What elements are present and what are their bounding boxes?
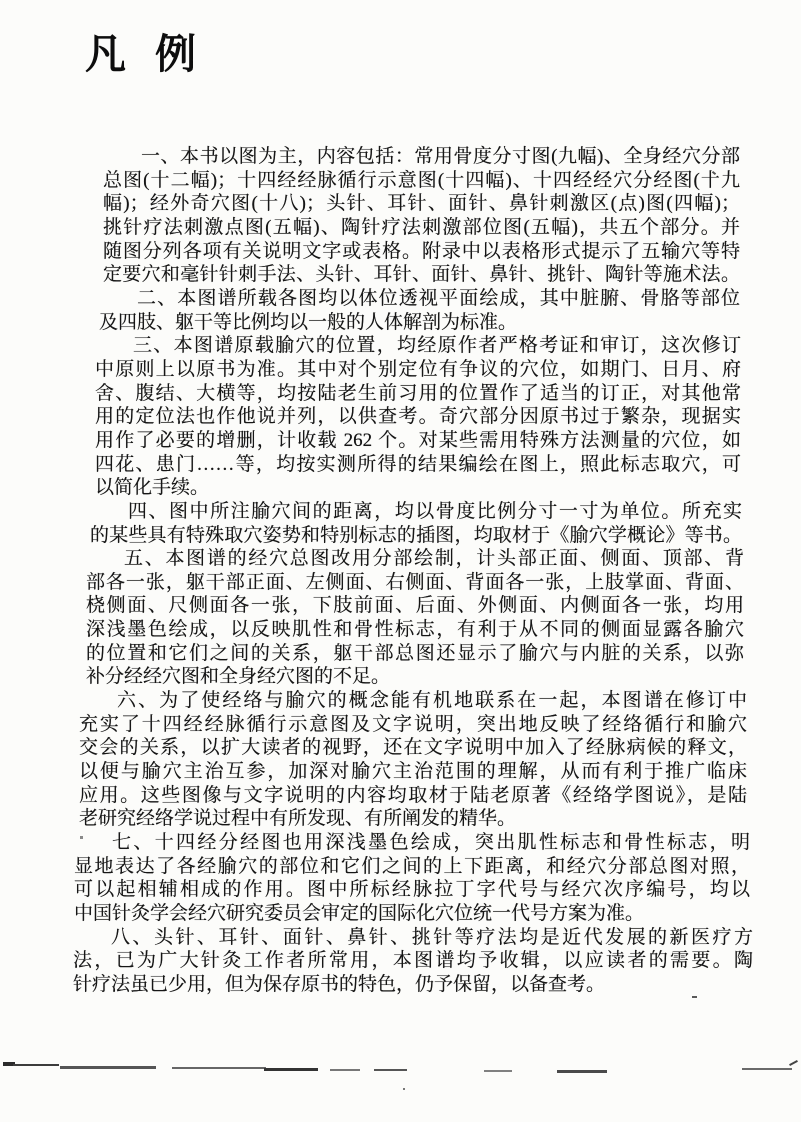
text-line: 中国针灸学会经穴研究委员会审定的国际化穴位统一代号方案为准。 bbox=[74, 902, 750, 926]
paragraph-1: 一、本书以图为主，内容包括：常用骨度分寸图(九幅)、全身经穴分部 总图(十二幅)… bbox=[103, 145, 740, 287]
scan-artifact bbox=[172, 1067, 266, 1069]
paragraph-3: 三、本图谱原载腧穴的位置，均经原作者严格考证和审订，这次修订 中原则上以原书为准… bbox=[95, 334, 741, 500]
text-line: 挑针疗法刺激点图(五幅)、陶针疗法刺激部位图(五幅)，共五个部分。并 bbox=[103, 216, 740, 240]
scan-artifact bbox=[484, 1070, 512, 1072]
scan-artifact bbox=[147, 888, 150, 891]
text-line: 定要穴和毫针针刺手法、头针、耳针、面针、鼻针、挑针、陶针等施术法。 bbox=[103, 263, 740, 287]
text-line: 老研究经络学说过程中有所发现、有所阐发的精华。 bbox=[79, 807, 747, 831]
paragraph-6: 六、为了使经络与腧穴的概念能有机地联系在一起，本图谱在修订中 充实了十四经经脉循… bbox=[79, 689, 747, 831]
text-line: 三、本图谱原载腧穴的位置，均经原作者严格考证和审订，这次修订 bbox=[95, 334, 741, 358]
scan-artifact bbox=[742, 1068, 792, 1070]
text-line: 舍、腹结、大横等，均按陆老生前习用的位置作了适当的订正，对其他常 bbox=[95, 382, 741, 406]
scan-artifact bbox=[789, 1060, 798, 1066]
text-line: 六、为了使经络与腧穴的概念能有机地联系在一起，本图谱在修订中 bbox=[79, 689, 747, 713]
body-text: 一、本书以图为主，内容包括：常用骨度分寸图(九幅)、全身经穴分部 总图(十二幅)… bbox=[0, 145, 801, 997]
paragraph-2: 二、本图谱所载各图均以体位透视平面绘成，其中脏腑、骨胳等部位 及四肢、躯干等比例… bbox=[99, 287, 740, 334]
text-line: 四花、患门……等，均按实测所得的结果编绘在图上，照此标志取穴，可 bbox=[95, 453, 741, 477]
text-line: 部各一张，躯干部正面、左侧面、右侧面、背面各一张，上肢掌面、背面、 bbox=[86, 571, 744, 595]
text-line: 及四肢、躯干等比例均以一般的人体解剖为标准。 bbox=[99, 311, 740, 335]
text-line: 五、本图谱的经穴总图改用分部绘制，计头部正面、侧面、顶部、背 bbox=[86, 547, 744, 571]
page-title-char: 凡 bbox=[85, 30, 126, 78]
text-line: 总图(十二幅)；十四经经脉循行示意图(十四幅)、十四经经穴分经图(十九 bbox=[103, 169, 740, 193]
scan-artifact bbox=[403, 1088, 405, 1090]
text-line: 显地表达了各经腧穴的部位和它们之间的上下距离，和经穴分部总图对照， bbox=[74, 855, 750, 879]
paragraph-8: 八、头针、耳针、面针、鼻针、挑针等疗法均是近代发展的新医疗方 法，已为广大针灸工… bbox=[73, 926, 753, 997]
text-line: 四、图中所注腧穴间的距离，均以骨度比例分寸一寸为单位。所充实 bbox=[90, 500, 742, 524]
scan-artifact bbox=[330, 1069, 360, 1071]
text-line: 可以起相辅相成的作用。图中所标经脉拉丁字代号与经穴次序编号，均以 bbox=[74, 878, 750, 902]
paragraph-4: 四、图中所注腧穴间的距离，均以骨度比例分寸一寸为单位。所充实 的某些具有特殊取穴… bbox=[90, 500, 742, 547]
text-line: 应用。这些图像与文字说明的内容均取材于陆老原著《经络学图说》，是陆 bbox=[79, 784, 747, 808]
scan-artifact bbox=[264, 1068, 318, 1071]
text-line: 补分经经穴图和全身经穴图的不足。 bbox=[86, 665, 744, 689]
text-line: 法，已为广大针灸工作者所常用，本图谱均予收辑，以应读者的需要。陶 bbox=[73, 949, 753, 973]
scan-artifact bbox=[80, 836, 83, 839]
text-line: 随图分列各项有关说明文字或表格。附录中以表格形式提示了五输穴等特 bbox=[103, 240, 740, 264]
scan-artifact bbox=[692, 996, 697, 998]
text-line: 的位置和它们之间的关系，躯干部总图还显示了腧穴与内脏的关系，以弥 bbox=[86, 642, 744, 666]
text-line: 七、十四经分经图也用深浅墨色绘成，突出肌性标志和骨性标志，明 bbox=[74, 831, 750, 855]
text-line: 用作了必要的增删，计收载 262 个。对某些需用特殊方法测量的穴位，如 bbox=[95, 429, 741, 453]
text-line: 用的定位法也作他说并列，以供查考。奇穴部分因原书过于繁杂，现据实 bbox=[95, 405, 741, 429]
text-line: 深浅墨色绘成，以反映肌性和骨性标志，有利于从不同的侧面显露各腧穴 bbox=[86, 618, 744, 642]
text-line: 幅)；经外奇穴图(十八)；头针、耳针、面针、鼻针刺激区(点)图(四幅)； bbox=[103, 192, 740, 216]
paragraph-7: 七、十四经分经图也用深浅墨色绘成，突出肌性标志和骨性标志，明 显地表达了各经腧穴… bbox=[74, 831, 750, 926]
text-line: 二、本图谱所载各图均以体位透视平面绘成，其中脏腑、骨胳等部位 bbox=[99, 287, 740, 311]
scan-artifact bbox=[374, 1069, 407, 1071]
text-line: 充实了十四经经脉循行示意图及文字说明，突出地反映了经络循行和腧穴 bbox=[79, 713, 747, 737]
scan-artifact bbox=[13, 1064, 59, 1066]
text-line: 交会的关系，以扩大读者的视野，还在文字说明中加入了经脉病候的释文， bbox=[79, 736, 747, 760]
text-line: 以便与腧穴主治互参，加深对腧穴主治范围的理解，从而有利于推广临床 bbox=[79, 760, 747, 784]
text-line: 桡侧面、尺侧面各一张，下肢前面、后面、外侧面、内侧面各一张，均用 bbox=[86, 594, 744, 618]
text-line: 以简化手续。 bbox=[95, 476, 741, 500]
text-line: 的某些具有特殊取穴姿势和特别标志的插图，均取材于《腧穴学概论》等书。 bbox=[90, 524, 742, 548]
text-line: 八、头针、耳针、面针、鼻针、挑针等疗法均是近代发展的新医疗方 bbox=[73, 926, 753, 950]
text-line: 中原则上以原书为准。其中对个别定位有争议的穴位，如期门、日月、府 bbox=[95, 358, 741, 382]
paragraph-5: 五、本图谱的经穴总图改用分部绘制，计头部正面、侧面、顶部、背 部各一张，躯干部正… bbox=[86, 547, 744, 689]
scan-artifact bbox=[557, 1070, 607, 1073]
page-title-char: 例 bbox=[155, 30, 196, 78]
page-title: 凡 例 bbox=[85, 30, 196, 78]
text-line: 一、本书以图为主，内容包括：常用骨度分寸图(九幅)、全身经穴分部 bbox=[103, 145, 740, 169]
scan-artifact bbox=[60, 1066, 156, 1069]
text-line: 针疗法虽已少用，但为保存原书的特色，仍予保留，以备查考。 bbox=[73, 973, 753, 997]
